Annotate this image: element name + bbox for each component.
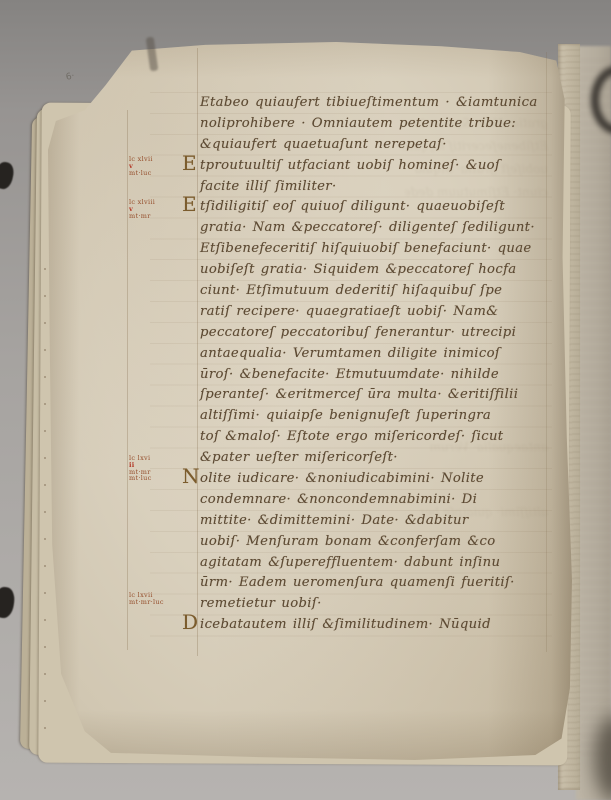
- text-line: ratiſ recipere· quaegratiaeſt uobiſ· Nam…: [200, 302, 552, 323]
- text-line: altiſſimi· quiaipſe benignuſeſt ſupering…: [200, 406, 552, 427]
- text-line: toſ &maloſ· Eſtote ergo miſericordeſ· ſi…: [200, 427, 552, 448]
- line-text: agitatam &ſupereffluentem· dabunt inſinu: [200, 555, 500, 570]
- line-text: facite illiſ ſimiliter·: [200, 179, 337, 194]
- prick-mark: [44, 592, 46, 594]
- line-text: noliprohibere · Omniautem petentite trib…: [200, 116, 516, 131]
- facing-page-texture: [576, 60, 611, 760]
- line-text: ciunt· Etſimutuum dederitiſ hiſaquibuſ ſ…: [200, 283, 502, 298]
- gloss-row: mt·luc: [129, 170, 187, 177]
- book-clip: [0, 160, 16, 190]
- ruling-line-text-left: [197, 48, 198, 656]
- prick-mark: [44, 700, 46, 702]
- line-text: condemnare· &noncondemnabimini· Di: [200, 492, 477, 507]
- gloss-row: lc lxvi: [129, 455, 187, 462]
- line-text: ſperanteſ· &eritmerceſ ūra multa· &eriti…: [200, 387, 518, 402]
- text-line: Dicebatautem illiſ &ſimilitudinem· Nūqui…: [200, 615, 552, 636]
- prick-mark: [44, 511, 46, 513]
- prick-mark: [44, 268, 46, 270]
- text-line: noliprohibere · Omniautem petentite trib…: [200, 114, 552, 135]
- prick-mark: [44, 376, 46, 378]
- text-line: uobiſ· Menſuram bonam &conferſam &co: [200, 532, 552, 553]
- prick-mark: [44, 538, 46, 540]
- prick-mark: [44, 484, 46, 486]
- line-text: tproutuultiſ utfaciant uobiſ homineſ· &u…: [200, 158, 500, 173]
- text-line: gratia· Nam &peccatoreſ· diligenteſ ſedi…: [200, 218, 552, 239]
- text-line: remetietur uobiſ·: [200, 594, 552, 615]
- text-line: condemnare· &noncondemnabimini· Di: [200, 490, 552, 511]
- text-line: &pater ueſter miſericorſeſt·: [200, 448, 552, 469]
- prick-mark: [44, 565, 46, 567]
- prick-mark: [44, 430, 46, 432]
- line-text: uobiſ· Menſuram bonam &conferſam &co: [200, 534, 495, 549]
- manuscript-photo: ııııııııııııııııııııı gratia· Nam &pecca…: [0, 0, 611, 800]
- canon-gloss: lc xlviiivmt·mr: [129, 199, 187, 219]
- prick-mark: [44, 457, 46, 459]
- prick-mark: [44, 403, 46, 405]
- gloss-row: lc xlviii: [129, 199, 187, 206]
- gloss-row: mt·mr·luc: [129, 599, 187, 606]
- text-line: uobiſeſt gratia· Siquidem &peccatoreſ ho…: [200, 260, 552, 281]
- line-text: toſ &maloſ· Eſtote ergo miſericordeſ· ſi…: [200, 429, 503, 444]
- text-line: Etſibenefeceritiſ hiſquiuobiſ benefaciun…: [200, 239, 552, 260]
- line-text: Etabeo quiaufert tibiueſtimentum · &iamt…: [200, 95, 538, 110]
- book-clip: [0, 586, 16, 619]
- prick-mark: [44, 295, 46, 297]
- text-line: ūrm· Eadem ueromenſura quamenſi fueritiſ…: [200, 573, 552, 594]
- prick-mark: [44, 727, 46, 729]
- text-line: ciunt· Etſimutuum dederitiſ hiſaquibuſ ſ…: [200, 281, 552, 302]
- line-text: altiſſimi· quiaipſe benignuſeſt ſupering…: [200, 408, 491, 423]
- line-text: peccatoreſ peccatoribuſ fenerantur· utre…: [200, 325, 516, 340]
- canon-gloss: lc xlviivmt·luc: [129, 156, 187, 176]
- text-line: peccatoreſ peccatoribuſ fenerantur· utre…: [200, 323, 552, 344]
- text-block: Etabeo quiaufert tibiueſtimentum · &iamt…: [200, 93, 552, 636]
- text-line: antaequalia· Verumtamen diligite inimico…: [200, 344, 552, 365]
- line-text: ratiſ recipere· quaegratiaeſt uobiſ· Nam…: [200, 304, 498, 319]
- text-line: facite illiſ ſimiliter·: [200, 177, 552, 198]
- text-line: ſperanteſ· &eritmerceſ ūra multa· &eriti…: [200, 385, 552, 406]
- line-text: ūroſ· &benefacite· Etmutuumdate· nihilde: [200, 367, 499, 382]
- gloss-row: lc xlvii: [129, 156, 187, 163]
- line-text: tſidiligitiſ eoſ quiuoſ diligunt· quaeuo…: [200, 199, 505, 214]
- text-line: agitatam &ſupereffluentem· dabunt inſinu: [200, 553, 552, 574]
- line-text: antaequalia· Verumtamen diligite inimico…: [200, 346, 500, 361]
- gloss-row: mt·luc: [129, 475, 187, 482]
- line-text: icebatautem illiſ &ſimilitudinem· Nūquid: [200, 617, 491, 632]
- line-text: &quiaufert quaetuaſunt nerepetaſ·: [200, 137, 447, 152]
- prick-mark: [44, 646, 46, 648]
- line-text: uobiſeſt gratia· Siquidem &peccatoreſ ho…: [200, 262, 517, 277]
- text-line: Etproutuultiſ utfaciant uobiſ homineſ· &…: [200, 156, 552, 177]
- canon-gloss: lc lxviiimt·mrmt·luc: [129, 455, 187, 482]
- canon-gloss: lc lxviimt·mr·luc: [129, 592, 187, 606]
- text-line: Etabeo quiaufert tibiueſtimentum · &iamt…: [200, 93, 552, 114]
- line-text: ūrm· Eadem ueromenſura quamenſi fueritiſ…: [200, 575, 515, 590]
- pencil-mark: 6·: [65, 71, 75, 83]
- text-line: &quiaufert quaetuaſunt nerepetaſ·: [200, 135, 552, 156]
- line-text: olite iudicare· &noniudicabimini· Nolite: [200, 471, 484, 486]
- prick-mark: [44, 322, 46, 324]
- prick-mark: [44, 619, 46, 621]
- ruling-line-margin: [127, 110, 128, 650]
- line-text: Etſibenefeceritiſ hiſquiuobiſ benefaciun…: [200, 241, 532, 256]
- line-text: gratia· Nam &peccatoreſ· diligenteſ ſedi…: [200, 220, 535, 235]
- illuminated-initial: D: [182, 612, 198, 632]
- text-line: ūroſ· &benefacite· Etmutuumdate· nihilde: [200, 365, 552, 386]
- line-text: remetietur uobiſ·: [200, 596, 322, 611]
- prick-mark: [44, 349, 46, 351]
- gloss-row: mt·mr: [129, 213, 187, 220]
- line-text: &pater ueſter miſericorſeſt·: [200, 450, 398, 465]
- text-line: Etſidiligitiſ eoſ quiuoſ diligunt· quaeu…: [200, 197, 552, 218]
- text-line: mittite· &dimittemini· Date· &dabitur: [200, 511, 552, 532]
- line-text: mittite· &dimittemini· Date· &dabitur: [200, 513, 469, 528]
- text-line: Nolite iudicare· &noniudicabimini· Nolit…: [200, 469, 552, 490]
- prick-mark: [44, 673, 46, 675]
